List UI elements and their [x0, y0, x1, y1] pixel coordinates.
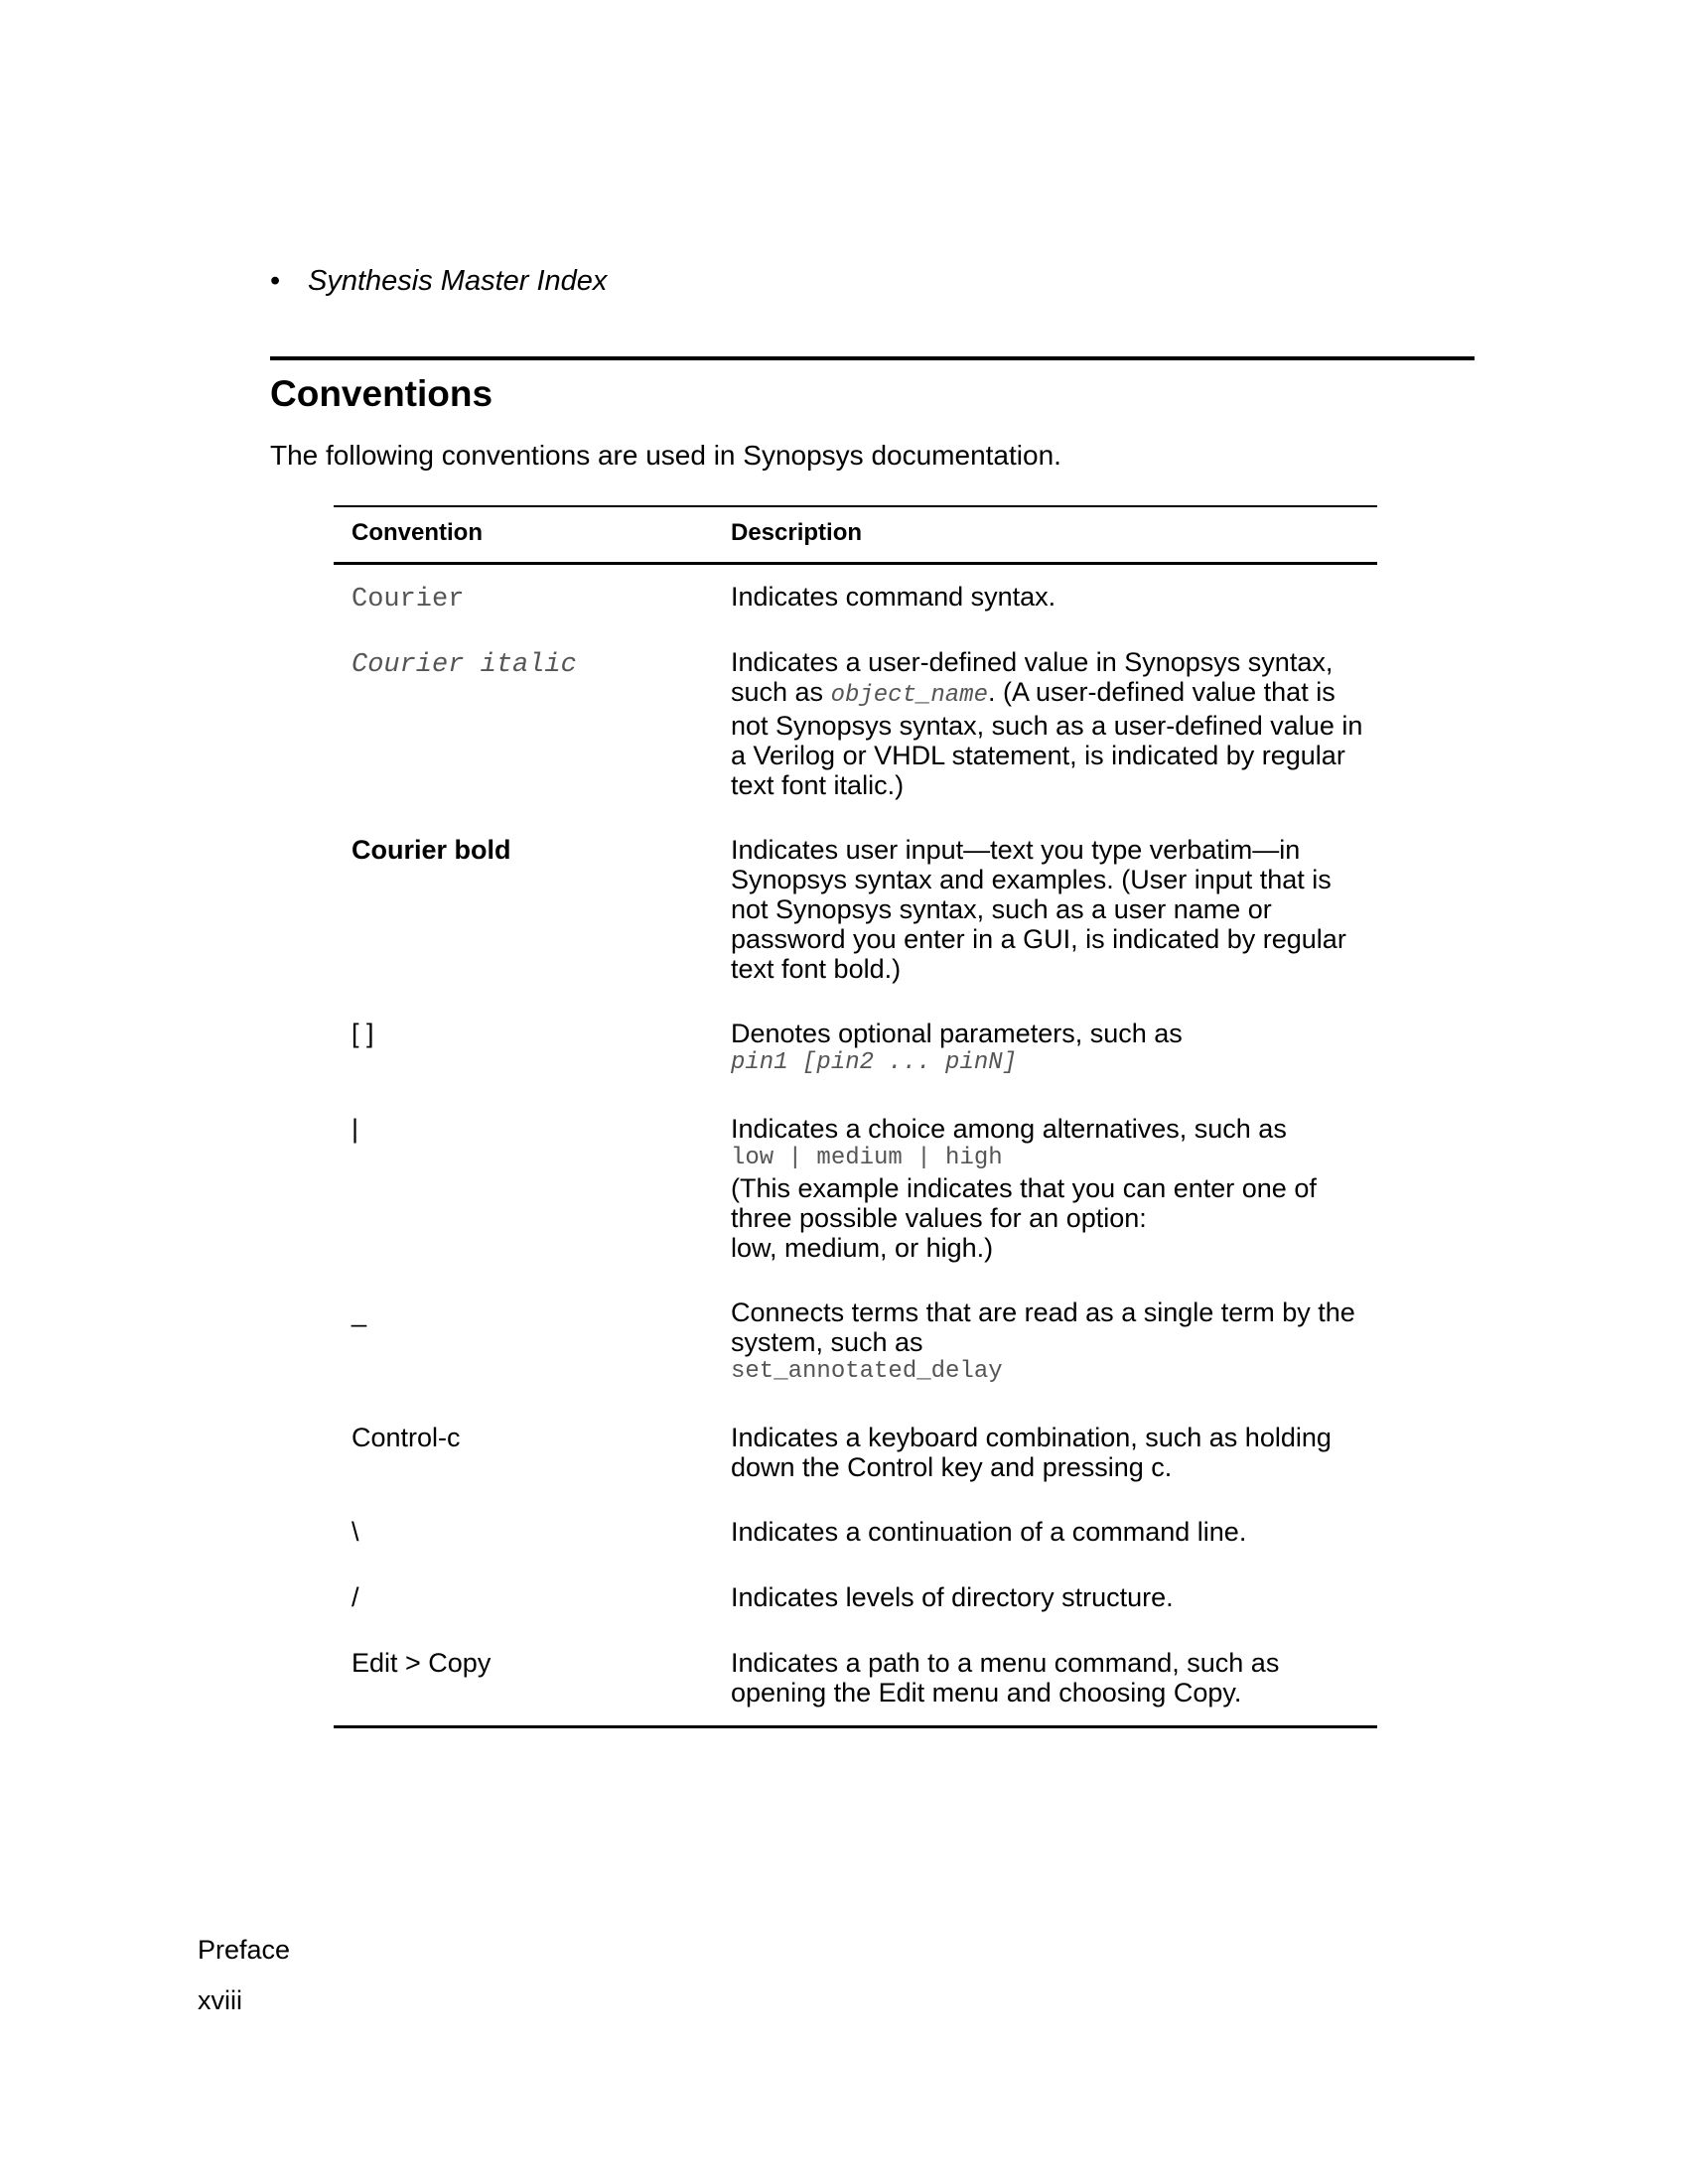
- footer-page-number: xviii: [198, 1984, 242, 2016]
- inline-code: pin1 [pin2 ... pinN]: [731, 1048, 1366, 1078]
- row-description: Connects terms that are read as a single…: [731, 1297, 1366, 1387]
- row-convention: Courier bold: [352, 835, 511, 865]
- row-convention: /: [352, 1582, 359, 1612]
- inline-code: object_name: [831, 682, 988, 709]
- table-row: Courier Indicates command syntax.: [334, 582, 1377, 612]
- row-convention: Courier: [352, 585, 464, 614]
- row-description: Denotes optional parameters, such as pin…: [731, 1019, 1366, 1078]
- table-row: Control-c Indicates a keyboard combinati…: [334, 1423, 1377, 1482]
- conventions-table: Convention Description Courier Indicates…: [334, 505, 1377, 1728]
- inline-code: low | medium | high: [731, 1144, 1366, 1173]
- header-description: Description: [731, 519, 862, 547]
- row-convention: Courier italic: [352, 650, 577, 680]
- table-row: _ Connects terms that are read as a sing…: [334, 1297, 1377, 1387]
- table-row: \ Indicates a continuation of a command …: [334, 1517, 1377, 1547]
- bullet-icon: •: [270, 264, 308, 298]
- footer-section-name: Preface: [198, 1934, 290, 1966]
- row-convention: \: [352, 1517, 359, 1547]
- row-description: Indicates a user-defined value in Synops…: [731, 647, 1366, 800]
- table-row: Edit > Copy Indicates a path to a menu c…: [334, 1648, 1377, 1707]
- inline-code: set_annotated_delay: [731, 1357, 1366, 1387]
- row-description: Indicates command syntax.: [731, 582, 1366, 612]
- row-description: Indicates a choice among alternatives, s…: [731, 1114, 1366, 1263]
- table-row: | Indicates a choice among alternatives,…: [334, 1114, 1377, 1263]
- section-divider: [270, 356, 1475, 360]
- row-description: Indicates user input—text you type verba…: [731, 835, 1366, 984]
- row-description: Indicates a path to a menu command, such…: [731, 1648, 1366, 1707]
- row-convention: |: [352, 1114, 358, 1144]
- row-convention: _: [352, 1297, 366, 1327]
- row-description: Indicates a continuation of a command li…: [731, 1517, 1366, 1547]
- table-bottom-rule: [334, 1725, 1377, 1728]
- table-header: Convention Description: [334, 507, 1377, 562]
- section-title: Conventions: [270, 372, 492, 416]
- row-description: Indicates a keyboard combination, such a…: [731, 1423, 1366, 1482]
- header-convention: Convention: [352, 519, 483, 547]
- section-intro: The following conventions are used in Sy…: [270, 439, 1061, 473]
- table-row: Courier italic Indicates a user-defined …: [334, 647, 1377, 800]
- row-convention: Control-c: [352, 1423, 461, 1452]
- bullet-item-text: Synthesis Master Index: [308, 265, 607, 297]
- bullet-list-item: •Synthesis Master Index: [270, 264, 607, 298]
- table-row: / Indicates levels of directory structur…: [334, 1582, 1377, 1612]
- table-header-rule: [334, 562, 1377, 565]
- row-description: Indicates levels of directory structure.: [731, 1582, 1366, 1612]
- table-row: Courier bold Indicates user input—text y…: [334, 835, 1377, 984]
- row-convention: [ ]: [352, 1019, 374, 1048]
- row-convention: Edit > Copy: [352, 1648, 491, 1678]
- table-row: [ ] Denotes optional parameters, such as…: [334, 1019, 1377, 1078]
